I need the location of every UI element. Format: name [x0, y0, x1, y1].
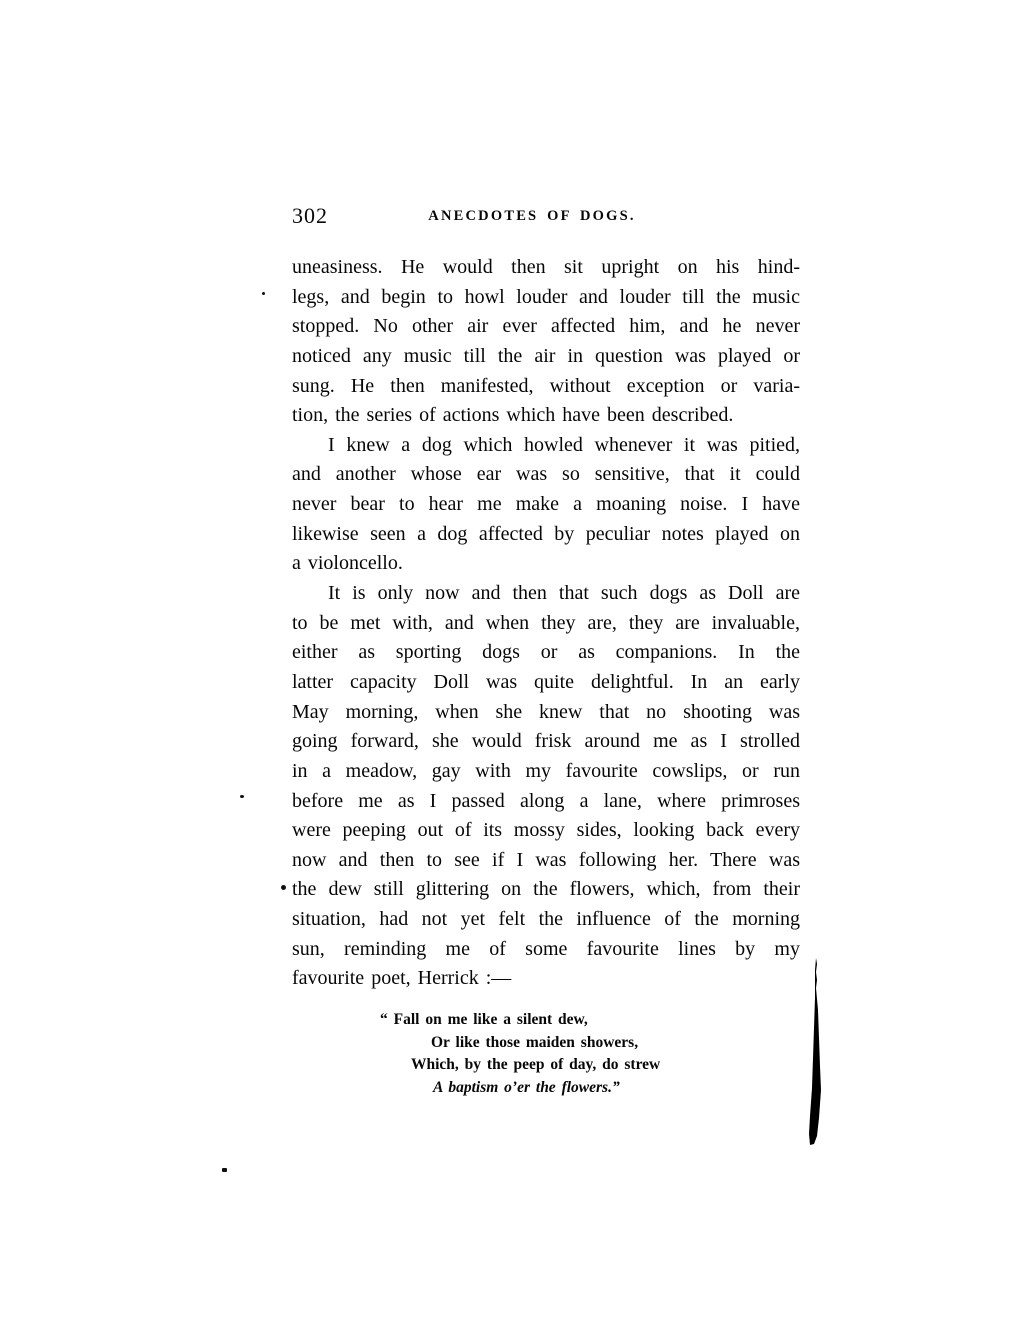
text-line: were peeping out of its mossy sides, loo… — [292, 816, 800, 846]
paragraph: uneasiness. He would then sit upright on… — [292, 253, 800, 431]
page-header: 302 ANECDOTES OF DOGS. — [292, 203, 800, 227]
text-line: now and then to see if I was following h… — [292, 846, 800, 876]
poem-line: Or like those maiden showers, — [431, 1032, 800, 1055]
text-line: either as sporting dogs or as companions… — [292, 638, 800, 668]
text-line: It is only now and then that such dogs a… — [292, 579, 800, 609]
scan-speck — [281, 885, 286, 890]
ink-streak-artifact — [801, 958, 827, 1150]
text-line: latter capacity Doll was quite delightfu… — [292, 668, 800, 698]
text-line: the dew still glittering on the flowers,… — [292, 875, 800, 905]
poem-line: A baptism o’er the flowers.” — [433, 1077, 800, 1100]
poem-line: Which, by the peep of day, do strew — [411, 1054, 800, 1077]
text-block: 302 ANECDOTES OF DOGS. uneasiness. He wo… — [292, 203, 800, 1203]
text-line: before me as I passed along a lane, wher… — [292, 787, 800, 817]
poem-quote: “ Fall on me like a silent dew,Or like t… — [292, 1009, 800, 1099]
book-page: 302 ANECDOTES OF DOGS. uneasiness. He wo… — [0, 0, 1033, 1339]
scan-speck — [262, 292, 265, 295]
text-line: to be met with, and when they are, they … — [292, 609, 800, 639]
poem-line: “ Fall on me like a silent dew, — [380, 1009, 800, 1032]
running-title: ANECDOTES OF DOGS. — [278, 208, 786, 225]
scan-speck — [222, 1168, 227, 1172]
text-line: I knew a dog which howled whenever it wa… — [292, 431, 800, 461]
scan-speck — [240, 795, 244, 798]
text-line: sung. He then manifested, without except… — [292, 372, 800, 402]
text-line: May morning, when she knew that no shoot… — [292, 698, 800, 728]
text-line: and another whose ear was so sensitive, … — [292, 460, 800, 490]
text-line: tion, the series of actions which have b… — [292, 401, 800, 431]
text-line: situation, had not yet felt the influenc… — [292, 905, 800, 935]
text-line: favourite poet, Herrick :— — [292, 964, 800, 994]
paragraph: I knew a dog which howled whenever it wa… — [292, 431, 800, 579]
text-line: stopped. No other air ever affected him,… — [292, 312, 800, 342]
text-line: legs, and begin to howl louder and loude… — [292, 283, 800, 313]
text-line: noticed any music till the air in questi… — [292, 342, 800, 372]
text-line: uneasiness. He would then sit upright on… — [292, 253, 800, 283]
paragraph: It is only now and then that such dogs a… — [292, 579, 800, 994]
body-text: uneasiness. He would then sit upright on… — [292, 253, 800, 994]
text-line: sun, reminding me of some favourite line… — [292, 935, 800, 965]
text-line: in a meadow, gay with my favourite cowsl… — [292, 757, 800, 787]
text-line: going forward, she would frisk around me… — [292, 727, 800, 757]
text-line: likewise seen a dog affected by peculiar… — [292, 520, 800, 550]
text-line: never bear to hear me make a moaning noi… — [292, 490, 800, 520]
text-line: a violoncello. — [292, 549, 800, 579]
